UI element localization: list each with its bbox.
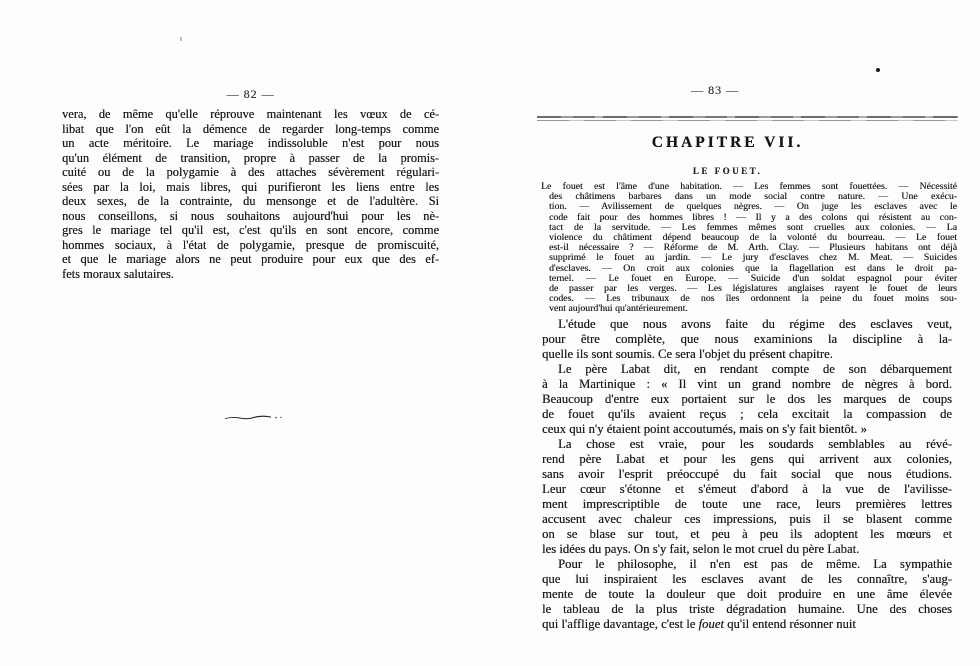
body-paragraph: La chose est vraie, pour les soudards se… <box>542 437 952 557</box>
text-line: et que le mariage alors ne peut produire… <box>62 252 439 267</box>
text-line: de fouet qu'ils avaient reçus ; cela exc… <box>542 407 952 422</box>
text-line: La chose est vraie, pour les soudards se… <box>542 437 952 452</box>
text-line: les idées du pays. On s'y fait, selon le… <box>542 542 952 557</box>
text-line: fets moraux salutaires. <box>62 267 439 282</box>
ink-speck <box>876 68 880 72</box>
chapter-subheading: LE FOUET. <box>540 166 915 176</box>
text-line: ment imprescriptible de toute une race, … <box>542 497 952 512</box>
text-line: un acte méritoire. Le mariage indissolub… <box>62 136 439 151</box>
text-line: le tableau de la plus triste dégradation… <box>542 602 952 617</box>
text-line: Beaucoup d'entre eux portaient sur le do… <box>542 392 952 407</box>
text-line: ceux qui n'y étaient point accoutumés, m… <box>542 422 952 437</box>
left-page-paragraph: vera, de même qu'elle réprouve maintenan… <box>62 107 439 281</box>
text-line: qu'un élément de transition, propre à pa… <box>62 151 439 166</box>
text-line: accusent avec chaleur ces impressions, p… <box>542 512 952 527</box>
text-line: quelle ils sont soumis. Ce sera l'objet … <box>542 347 952 362</box>
text-line: gres le mariage tel qu'il est, c'est qu'… <box>62 223 439 238</box>
body-paragraph: Pour le philosophe, il n'en est pas de m… <box>542 557 952 632</box>
text-line: qui l'afflige davantage, c'est le fouet … <box>542 617 952 632</box>
text-line: libat que l'on eût la démence de regarde… <box>62 122 439 137</box>
body-paragraph: Le père Labat dit, en rendant compte de … <box>542 362 952 437</box>
ink-speck <box>180 37 182 41</box>
chapter-summary: Le fouet est l'âme d'une habitation. — L… <box>541 182 957 315</box>
text-line: pour être complète, que nous examinions … <box>542 332 952 347</box>
text-line: L'étude que nous avons faite du régime d… <box>542 317 952 332</box>
chapter-heading: CHAPITRE VII. <box>540 134 915 152</box>
text-line: Le père Labat dit, en rendant compte de … <box>542 362 952 377</box>
text-line: on se blase sur tout, et peu à peu ils a… <box>542 527 952 542</box>
book-scan-spread: — 82 — vera, de même qu'elle réprouve ma… <box>0 0 980 666</box>
right-page-body: L'étude que nous avons faite du régime d… <box>542 317 952 632</box>
header-double-rule <box>537 116 958 121</box>
left-page-number: — 82 — <box>62 87 439 102</box>
text-line: vent aujourd'hui qu'antérieurement. <box>541 304 957 314</box>
text-line: sans avoir l'esprit préoccupé du fait so… <box>542 467 952 482</box>
text-line: que lui inspiraient les esclaves avant d… <box>542 572 952 587</box>
text-line: à la Martinique : « Il vint un grand nom… <box>542 377 952 392</box>
body-paragraph: L'étude que nous avons faite du régime d… <box>542 317 952 362</box>
text-line: hommes sociaux, à l'état de polygamie, p… <box>62 238 439 253</box>
text-line: rend père Labat et pour les gens qui arr… <box>542 452 952 467</box>
text-line: nous conseillons, si nous souhaitons auj… <box>62 209 439 224</box>
text-line: mente de toute la douleur que doit produ… <box>542 587 952 602</box>
text-line: vera, de même qu'elle réprouve maintenan… <box>62 107 439 122</box>
right-page-number: — 83 — <box>545 83 885 98</box>
text-line: Pour le philosophe, il n'en est pas de m… <box>542 557 952 572</box>
text-line: sées par la loi, mais libres, qui purifi… <box>62 180 439 195</box>
text-line: deux sexes, de la contrainte, du mensong… <box>62 194 439 209</box>
text-line: cuité ou de la polygamie à des attaches … <box>62 165 439 180</box>
section-divider-ornament <box>225 410 285 420</box>
text-line: Leur cœur s'étonne et s'émeut d'abord à … <box>542 482 952 497</box>
